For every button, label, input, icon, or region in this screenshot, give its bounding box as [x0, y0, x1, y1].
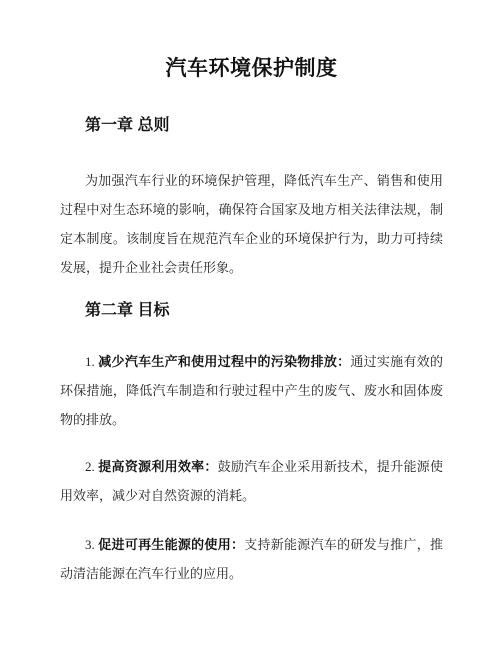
objective-1-number: 1. — [85, 354, 98, 369]
objective-item-2: 2. 提高资源利用效率：鼓励汽车企业采用新技术，提升能源使用效率，减少对自然资源… — [60, 452, 443, 510]
document-page: 汽车环境保护制度 第一章 总则 为加强汽车行业的环境保护管理，降低汽车生产、销售… — [0, 0, 500, 647]
objective-item-3: 3. 促进可再生能源的使用：支持新能源汽车的研发与推广，推动清洁能源在汽车行业的… — [60, 530, 443, 588]
chapter-1-heading: 第一章 总则 — [85, 114, 443, 138]
objective-3-number: 3. — [85, 537, 98, 552]
objective-2-number: 2. — [85, 459, 98, 474]
objective-1-label: 减少汽车生产和使用过程中的污染物排放： — [98, 354, 350, 369]
objective-2-label: 提高资源利用效率： — [98, 459, 217, 474]
objective-item-1: 1. 减少汽车生产和使用过程中的污染物排放：通过实施有效的环保措施，降低汽车制造… — [60, 347, 443, 434]
document-title: 汽车环境保护制度 — [60, 54, 443, 84]
chapter-1-paragraph: 为加强汽车行业的环境保护管理，降低汽车生产、销售和使用过程中对生态环境的影响，确… — [60, 166, 443, 282]
chapter-2-heading: 第二章 目标 — [85, 299, 443, 323]
objective-3-label: 促进可再生能源的使用： — [98, 537, 244, 552]
